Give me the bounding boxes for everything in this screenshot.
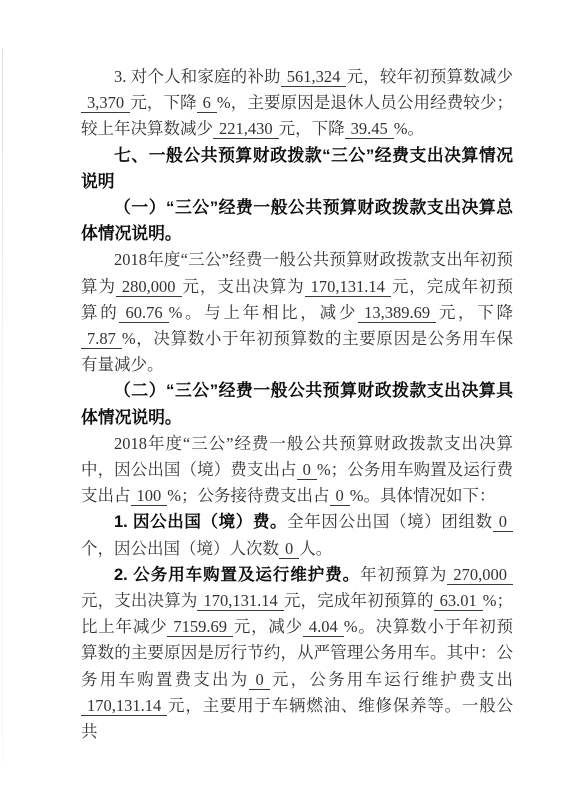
document-page: 3. 对个人和家庭的补助561,324元，较年初预算数减少3,370元，下降6%…	[0, 0, 565, 800]
text-segment: 元，减少	[233, 617, 303, 636]
filled-blank-value: 100	[131, 486, 168, 506]
text-segment: 元，下降	[436, 303, 513, 322]
scan-edge-line	[2, 48, 3, 763]
filled-blank-value: 0	[279, 539, 299, 559]
filled-blank-value: 0	[249, 670, 269, 690]
filled-blank-value: 221,430	[213, 119, 279, 139]
text-segment: 元，完成年初预算的	[284, 591, 434, 610]
text-segment: 人。	[299, 539, 332, 558]
text-segment: %。	[394, 119, 424, 138]
text-segment: 年初预算为	[360, 565, 447, 584]
filled-blank-value: 561,324	[281, 67, 347, 87]
filled-blank-value: 170,131.14	[305, 277, 391, 297]
bold-lead-in: 1. 因公出国（境）费。	[114, 513, 287, 531]
section-heading: 七、一般公共预算财政拨款“三公”经费支出决算情况说明	[81, 143, 513, 195]
filled-blank-value: 63.01	[434, 591, 483, 611]
filled-blank-value: 60.76	[119, 303, 168, 323]
text-segment: 3. 对个人和家庭的补助	[114, 67, 281, 86]
text-segment: 元，支出决算为	[182, 277, 305, 296]
text-segment: 全年因公出国（境）团组数	[287, 512, 493, 531]
filled-blank-value: 270,000	[447, 565, 513, 585]
filled-blank-value: 7159.69	[167, 617, 233, 637]
text-segment: %，决算数小于年初预算数的主要原因是公务用车保有量减少。	[81, 329, 513, 374]
filled-blank-value: 170,131.14	[197, 591, 283, 611]
filled-blank-value: 6	[197, 93, 217, 113]
paragraph: 2018年度“三公”经费一般公共预算财政拨款支出决算中，因公出国（境）费支出占0…	[81, 431, 513, 510]
text-segment: （一）“三公”经费一般公共预算财政拨款支出决算总体情况说明。	[81, 198, 513, 243]
filled-blank-value: 0	[493, 512, 513, 532]
text-segment: %。具体情况如下：	[350, 486, 496, 505]
text-segment: 元，较年初预算数减少	[346, 67, 513, 86]
paragraph: 3. 对个人和家庭的补助561,324元，较年初预算数减少3,370元，下降6%…	[81, 64, 513, 143]
text-segment: 元，下降	[279, 119, 345, 138]
paragraph: 1. 因公出国（境）费。全年因公出国（境）团组数0个，因公出国（境）人次数0人。	[81, 509, 513, 561]
filled-blank-value: 7.87	[81, 329, 122, 349]
text-segment: 元，公务用车运行维护费支出	[270, 670, 513, 689]
document-body: 3. 对个人和家庭的补助561,324元，较年初预算数减少3,370元，下降6%…	[81, 64, 513, 745]
filled-blank-value: 280,000	[116, 277, 182, 297]
filled-blank-value: 0	[297, 460, 317, 480]
text-segment: 个，因公出国（境）人次数	[81, 539, 279, 558]
subsection-heading: （二）“三公”经费一般公共预算财政拨款支出决算具体情况说明。	[81, 378, 513, 430]
filled-blank-value: 4.04	[303, 617, 344, 637]
filled-blank-value: 39.45	[345, 119, 394, 139]
filled-blank-value: 3,370	[81, 93, 130, 113]
bold-lead-in: 2. 公务用车购置及运行维护费。	[114, 566, 360, 584]
text-segment: %。与上年相比，减少	[169, 303, 359, 322]
text-segment: 元，支出决算为	[81, 591, 197, 610]
filled-blank-value: 13,389.69	[358, 303, 436, 323]
filled-blank-value: 0	[330, 486, 350, 506]
text-segment: （二）“三公”经费一般公共预算财政拨款支出决算具体情况说明。	[81, 381, 513, 426]
paragraph: 2018年度“三公”经费一般公共预算财政拨款支出年初预算为280,000元，支出…	[81, 247, 513, 378]
text-segment: 七、一般公共预算财政拨款“三公”经费支出决算情况说明	[81, 146, 513, 191]
paragraph: 2. 公务用车购置及运行维护费。年初预算为270,000元，支出决算为170,1…	[81, 562, 513, 745]
text-segment: 元，下降	[130, 93, 197, 112]
filled-blank-value: 170,131.14	[81, 696, 167, 716]
text-segment: %；公务接待费支出占	[167, 486, 329, 505]
subsection-heading: （一）“三公”经费一般公共预算财政拨款支出决算总体情况说明。	[81, 195, 513, 247]
